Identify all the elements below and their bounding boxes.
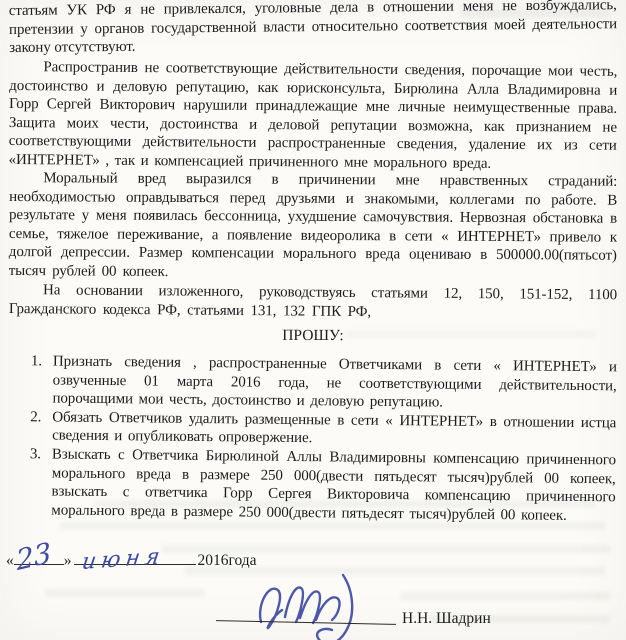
handwritten-month: июня (80, 544, 166, 575)
day-blank: 23 (14, 564, 64, 565)
paragraph-criminal-record: статьям УК РФ я не привлекался, уголовны… (9, 0, 618, 58)
signature-block: Н.Н. Шадрин (0, 574, 626, 640)
paragraph-moral-damage: Моральный вред выразился в причинении мн… (9, 169, 618, 284)
signature-scribble (255, 570, 415, 640)
close-quote: » (64, 552, 72, 569)
month-blank: июня (74, 564, 196, 565)
scanned-legal-document-page: статьям УК РФ я не привлекался, уголовны… (0, 0, 626, 640)
open-quote: « (6, 552, 14, 569)
signature-name: Н.Н. Шадрин (402, 610, 491, 628)
petition-item-1: Признать сведения , распространенные Отв… (52, 353, 617, 415)
petition-heading: ПРОШУ: (9, 326, 617, 346)
petition-item-2: Обязать Ответчиков удалить размещенные в… (52, 408, 616, 451)
paragraph-defamation-claim: Распространив не соответствующие действи… (9, 58, 618, 174)
handwritten-day: 23 (15, 536, 53, 577)
document-body: статьям УК РФ я не привлекался, уголовны… (9, 2, 617, 519)
year-text: 2016года (198, 552, 257, 569)
petition-list: Признать сведения , распространенные Отв… (7, 352, 617, 526)
petition-item-3: Взыскать с Ответчика Бирюлиной Аллы Влад… (51, 446, 616, 526)
paragraph-legal-grounds: На основании изложенного, руководствуясь… (9, 281, 617, 323)
